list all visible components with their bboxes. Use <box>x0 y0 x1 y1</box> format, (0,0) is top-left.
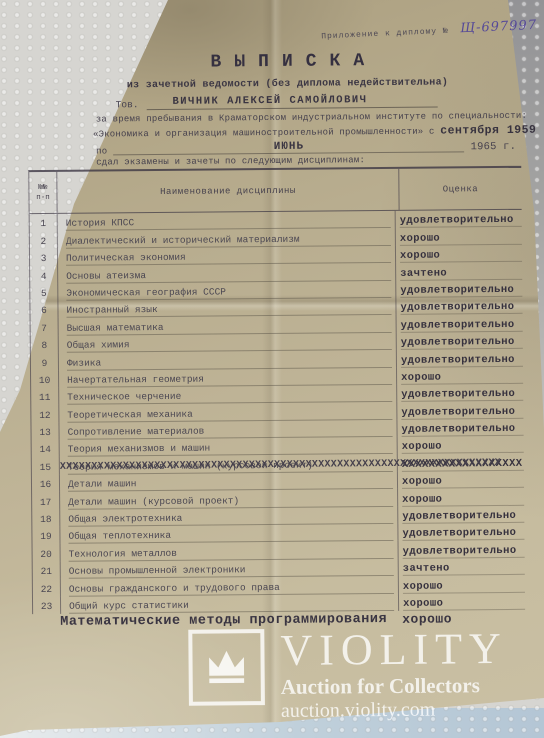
diploma-number-handwritten: Щ-697997 <box>460 18 537 36</box>
watermark-url: auction.violity.com <box>281 698 509 723</box>
row-grade: удовлетворительно <box>397 401 523 419</box>
row-grade: удовлетворительно <box>397 314 523 332</box>
end-year: 1965 г. <box>471 141 517 153</box>
annotation-label: Приложение к диплому № <box>321 27 449 42</box>
row-grade: удовлетворительно <box>397 349 523 367</box>
row-grade: хорошо <box>399 575 525 593</box>
row-grade: удовлетворительно <box>398 523 524 541</box>
row-number: 6 <box>30 301 58 319</box>
holder-name: ВИЧНИК АЛЕКСЕЙ САМОЙЛОВИЧ <box>146 94 437 111</box>
end-month: ИЮНЬ <box>113 139 464 155</box>
row-grade: хорошо <box>398 471 524 489</box>
row-number: 5 <box>30 283 58 301</box>
row-number: 9 <box>31 353 59 371</box>
document-photo: Приложение к диплому № Щ-697997 ВЫПИСКА … <box>0 0 544 738</box>
row-grade: удовлетворительно <box>396 279 522 297</box>
row-number: 17 <box>32 492 60 510</box>
holder-label: Тов. <box>116 99 139 110</box>
header-grade-column: Оценка <box>399 168 521 210</box>
row-grade: удовлетворительно <box>397 384 523 402</box>
violity-watermark: VIOLITY Auction for Collectors auction.v… <box>188 627 508 724</box>
row-subject: Общий курс статистики <box>61 593 399 613</box>
crown-icon <box>188 629 265 706</box>
document-content: Приложение к диплому № Щ-697997 ВЫПИСКА … <box>0 0 544 738</box>
row-number: 14 <box>32 440 60 458</box>
row-grade: удовлетворительно <box>396 210 522 228</box>
row-number: 20 <box>33 544 61 562</box>
row-grade: зачтено <box>399 558 525 576</box>
table-body: 1История КПССудовлетворительно 2Диалекти… <box>30 210 525 614</box>
row-number: 10 <box>31 370 59 388</box>
row-grade: хорошо <box>398 488 524 506</box>
row-number: 11 <box>31 388 59 406</box>
row-grade: удовлетворительно <box>397 332 523 350</box>
start-date: сентября 1959 г. <box>440 123 544 137</box>
row-number: 16 <box>32 475 60 493</box>
row-number: 15 <box>32 457 60 475</box>
row-grade: хорошо <box>398 436 524 454</box>
row-number: 12 <box>31 405 59 423</box>
header-subject-column: Наименование дисциплины <box>57 169 399 213</box>
row-number: 7 <box>31 318 59 336</box>
table-header: №№ п-п Наименование дисциплины Оценка <box>29 168 521 214</box>
watermark-tagline: Auction for Collectors <box>281 673 509 700</box>
row-number: 4 <box>30 266 58 284</box>
row-grade: хорошо <box>399 592 525 610</box>
row-number: 22 <box>33 579 61 597</box>
row-grade: удовлетворительно <box>399 540 525 558</box>
row-number: 19 <box>32 527 60 545</box>
grades-table: №№ п-п Наименование дисциплины Оценка 1И… <box>28 166 525 614</box>
page-title: ВЫПИСКА <box>137 51 437 74</box>
header-number-column: №№ п-п <box>29 172 57 213</box>
watermark-text: VIOLITY Auction for Collectors auction.v… <box>280 627 508 723</box>
row-number: 8 <box>31 336 59 354</box>
row-grade: удовлетворительно <box>397 418 523 436</box>
row-number: 21 <box>33 562 61 580</box>
header-num-bottom: п-п <box>36 192 50 202</box>
header-num-top: №№ <box>38 182 47 192</box>
body-line-institute: за время пребывания в Краматорском индус… <box>96 111 521 125</box>
watermark-title: VIOLITY <box>280 627 508 673</box>
row-grade: хорошо <box>396 245 522 263</box>
row-number: 1 <box>30 214 58 232</box>
row-number: 3 <box>30 249 58 267</box>
page-subtitle: из зачетной ведомости (без диплома недей… <box>77 77 497 92</box>
row-grade: удовлетворительно <box>396 297 522 315</box>
row-number: 23 <box>33 596 61 614</box>
end-date-prefix: по <box>96 146 107 156</box>
row-grade: хорошо <box>396 227 522 245</box>
row-grade: хорошо <box>397 366 523 384</box>
body-line-specialty: «Экономика и организация машиностроитель… <box>93 124 518 141</box>
row-number: 18 <box>32 509 60 527</box>
row-number: 2 <box>30 231 58 249</box>
row-grade: удовлетворительно <box>398 505 524 523</box>
holder-line: Тов. ВИЧНИК АЛЕКСЕЙ САМОЙЛОВИЧ <box>116 94 438 111</box>
row-grade: зачтено <box>396 262 522 280</box>
specialty-text: «Экономика и организация машиностроитель… <box>93 127 435 140</box>
row-number: 13 <box>31 423 59 441</box>
diploma-annotation: Приложение к диплому № Щ-697997 <box>321 16 538 43</box>
